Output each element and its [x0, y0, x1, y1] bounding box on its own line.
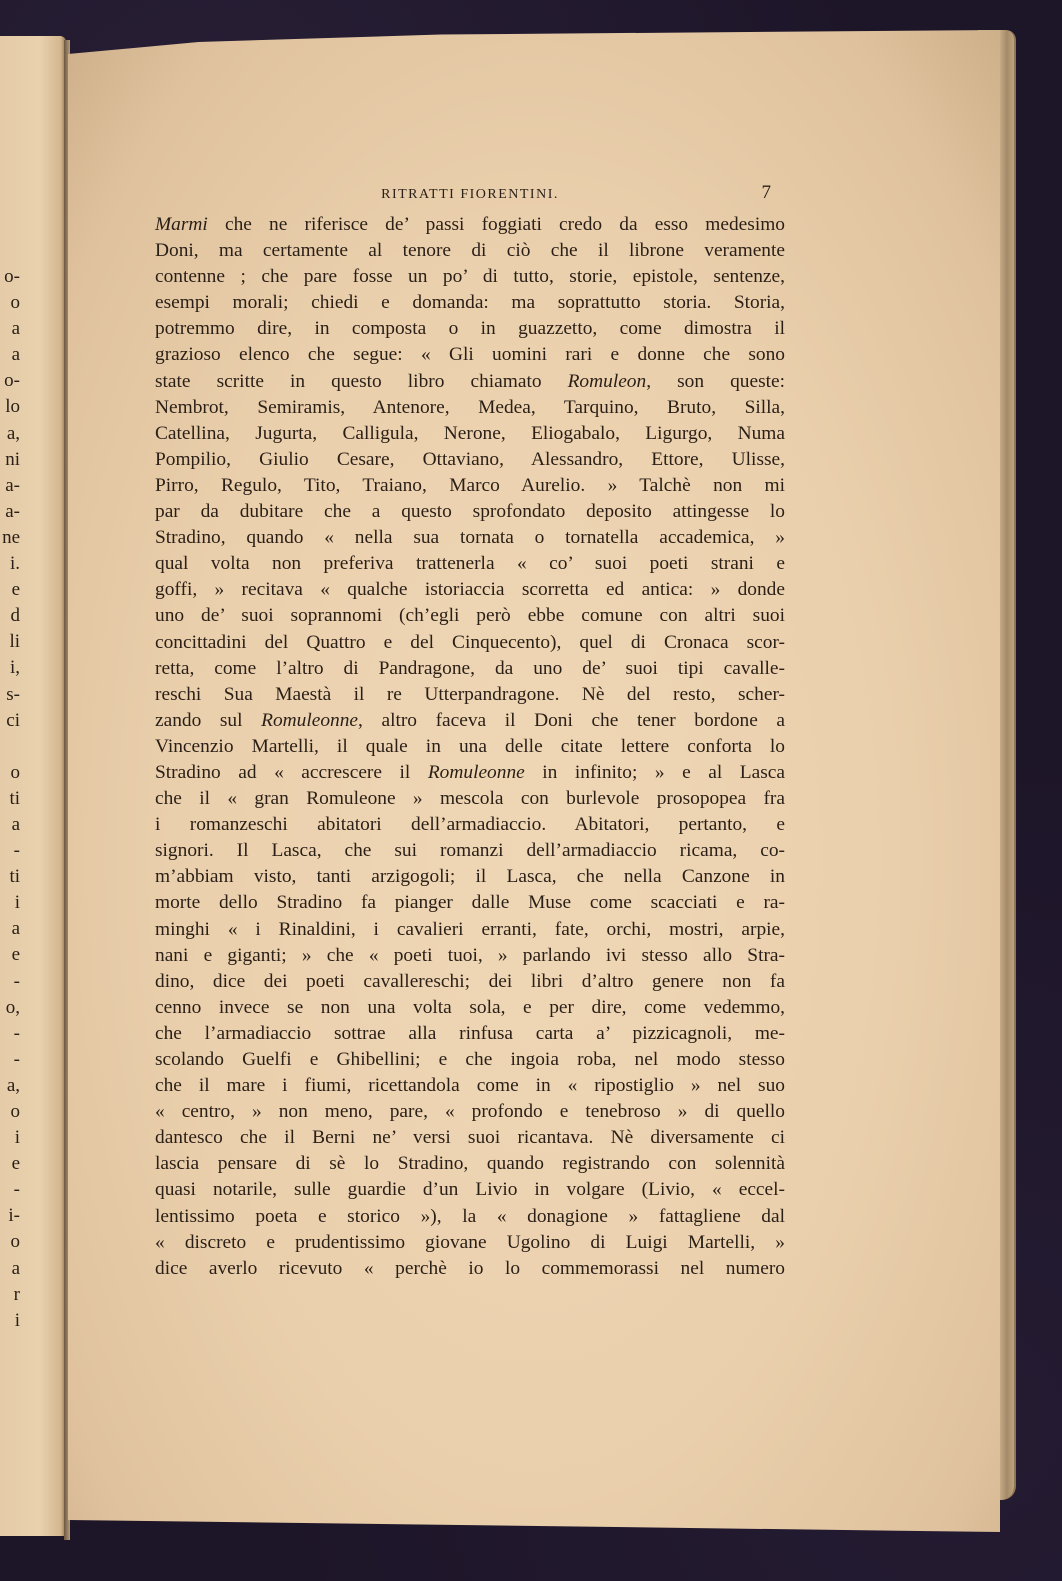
text-line: Nembrot, Semiramis, Antenore, Medea, Tar… [155, 395, 785, 421]
text-run: quasi notarile, sulle guardie d’un Livio… [155, 1179, 785, 1200]
text-run: morte dello Stradino fa pianger dalle Mu… [155, 892, 785, 913]
text-line: nani e giganti; » che « poeti tuoi, » pa… [155, 943, 785, 969]
text-run: contenne ; che pare fosse un po’ di tutt… [155, 266, 785, 287]
text-run: uno de’ suoi soprannomi (ch’egli però eb… [155, 605, 785, 626]
left-line-ending: o [0, 760, 20, 786]
text-run: Stradino ad « accrescere il [155, 762, 428, 783]
text-run: Doni, ma certamente al tenore di ciò che… [155, 240, 785, 261]
text-run: goffi, » recitava « qualche istoriaccia … [155, 579, 785, 600]
text-run: Nembrot, Semiramis, Antenore, Medea, Tar… [155, 397, 785, 418]
text-line: dantesco che il Berni ne’ versi suoi ric… [155, 1125, 785, 1151]
text-run: , son queste: [646, 371, 785, 392]
text-line: reschi Sua Maestà il re Utterpandragone.… [155, 682, 785, 708]
left-line-ending: i- [0, 1203, 20, 1229]
left-page-fragment: o-oaao-loa,nia-a-nei.edlii,s-ciotia-tiia… [0, 36, 66, 1536]
text-line: Catellina, Jugurta, Calligula, Nerone, E… [155, 421, 785, 447]
left-line-ending: a [0, 342, 20, 368]
left-line-ending: ne [0, 525, 20, 551]
text-run: minghi « i Rinaldini, i cavalieri errant… [155, 919, 785, 940]
left-line-ending: ti [0, 786, 20, 812]
left-line-ending: a [0, 916, 20, 942]
text-line: che il mare i fiumi, ricettandola come i… [155, 1073, 785, 1099]
text-line: m’abbiam visto, tanti arzigogoli; il Las… [155, 864, 785, 890]
text-line: zando sul Romuleonne, altro faceva il Do… [155, 708, 785, 734]
text-run: dantesco che il Berni ne’ versi suoi ric… [155, 1127, 785, 1148]
text-run: Catellina, Jugurta, Calligula, Nerone, E… [155, 423, 785, 444]
left-line-ending: d [0, 603, 20, 629]
text-run: grazioso elenco che segue: « Gli uomini … [155, 344, 785, 365]
left-line-ending: a- [0, 473, 20, 499]
text-line: esempi morali; chiedi e domanda: ma sopr… [155, 290, 785, 316]
text-run: qual volta non preferiva trattenerla « c… [155, 553, 785, 574]
text-run: i romanzeschi abitatori dell’armadiaccio… [155, 814, 785, 835]
left-line-ending: o [0, 1229, 20, 1255]
left-line-ending: li [0, 629, 20, 655]
text-line: « discreto e prudentissimo giovane Ugoli… [155, 1230, 785, 1256]
text-line: goffi, » recitava « qualche istoriaccia … [155, 577, 785, 603]
text-line: minghi « i Rinaldini, i cavalieri errant… [155, 917, 785, 943]
left-line-ending: i [0, 890, 20, 916]
text-run: che il mare i fiumi, ricettandola come i… [155, 1075, 785, 1096]
text-run: dice averlo ricevuto « perchè io lo comm… [155, 1258, 785, 1279]
text-line: che il « gran Romuleone » mescola con bu… [155, 786, 785, 812]
text-run: Stradino, quando « nella sua tornata o t… [155, 527, 785, 548]
left-line-ending: - [0, 969, 20, 995]
left-line-ending: a [0, 812, 20, 838]
italic-title: Romuleonne [428, 762, 525, 783]
text-line: retta, come l’altro di Pandragone, da un… [155, 656, 785, 682]
text-line: i romanzeschi abitatori dell’armadiaccio… [155, 812, 785, 838]
left-line-ending: o- [0, 368, 20, 394]
text-line: Doni, ma certamente al tenore di ciò che… [155, 238, 785, 264]
left-line-ending: - [0, 838, 20, 864]
text-line: Stradino ad « accrescere il Romuleonne i… [155, 760, 785, 786]
text-run: , altro faceva il Doni che tener bordone… [358, 710, 785, 731]
text-line: qual volta non preferiva trattenerla « c… [155, 551, 785, 577]
left-line-ending: o- [0, 264, 20, 290]
left-line-ending: - [0, 1047, 20, 1073]
text-run: « centro, » non meno, pare, « profondo e… [155, 1101, 785, 1122]
left-line-ending: e [0, 1151, 20, 1177]
left-line-ending: ni [0, 447, 20, 473]
text-run: lentissimo poeta e storico »), la « dona… [155, 1206, 785, 1227]
text-run: m’abbiam visto, tanti arzigogoli; il Las… [155, 866, 785, 887]
text-line: cenno invece se non una volta sola, e pe… [155, 995, 785, 1021]
text-run: esempi morali; chiedi e domanda: ma sopr… [155, 292, 785, 313]
text-line: Pirro, Regulo, Tito, Traiano, Marco Aure… [155, 473, 785, 499]
text-run: concittadini del Quattro e del Cinquecen… [155, 632, 785, 653]
text-line: contenne ; che pare fosse un po’ di tutt… [155, 264, 785, 290]
text-line: grazioso elenco che segue: « Gli uomini … [155, 342, 785, 368]
text-line: scolando Guelfi e Ghibellini; e che ingo… [155, 1047, 785, 1073]
text-run: che ne riferisce de’ passi foggiati cred… [208, 214, 785, 235]
left-line-ending: e [0, 942, 20, 968]
text-run: zando sul [155, 710, 261, 731]
left-line-ending [0, 734, 20, 760]
text-run: « discreto e prudentissimo giovane Ugoli… [155, 1232, 785, 1253]
text-line: Vincenzio Martelli, il quale in una dell… [155, 734, 785, 760]
left-line-ending: i [0, 1125, 20, 1151]
text-line: dice averlo ricevuto « perchè io lo comm… [155, 1256, 785, 1282]
text-line: potremmo dire, in composta o in guazzett… [155, 316, 785, 342]
text-run: nani e giganti; » che « poeti tuoi, » pa… [155, 945, 785, 966]
text-line: Stradino, quando « nella sua tornata o t… [155, 525, 785, 551]
text-run: lascia pensare di sè lo Stradino, quando… [155, 1153, 785, 1174]
left-line-ending: r [0, 1282, 20, 1308]
left-line-ending: a [0, 1256, 20, 1282]
text-line: che l’armadiaccio sottrae alla rinfusa c… [155, 1021, 785, 1047]
text-run: dino, dice dei poeti cavallereschi; dei … [155, 971, 785, 992]
text-run: potremmo dire, in composta o in guazzett… [155, 318, 785, 339]
text-line: morte dello Stradino fa pianger dalle Mu… [155, 890, 785, 916]
text-run: Vincenzio Martelli, il quale in una dell… [155, 736, 785, 757]
left-line-ending: s- [0, 682, 20, 708]
left-line-ending: ti [0, 864, 20, 890]
left-line-ending: ci [0, 708, 20, 734]
left-line-ending: i. [0, 551, 20, 577]
text-run: state scritte in questo libro chiamato [155, 371, 568, 392]
body-text: Marmi che ne riferisce de’ passi foggiat… [155, 212, 785, 1282]
left-page-line-endings: o-oaao-loa,nia-a-nei.edlii,s-ciotia-tiia… [0, 264, 20, 1334]
text-run: par da dubitare che a questo sprofondato… [155, 501, 785, 522]
left-line-ending: a [0, 316, 20, 342]
text-run: che l’armadiaccio sottrae alla rinfusa c… [155, 1023, 785, 1044]
left-line-ending: e [0, 577, 20, 603]
left-line-ending: o [0, 1099, 20, 1125]
text-run: Pompilio, Giulio Cesare, Ottaviano, Ales… [155, 449, 785, 470]
left-line-ending: lo [0, 394, 20, 420]
left-line-ending: a, [0, 1073, 20, 1099]
text-run: cenno invece se non una volta sola, e pe… [155, 997, 785, 1018]
text-line: Marmi che ne riferisce de’ passi foggiat… [155, 212, 785, 238]
text-run: signori. Il Lasca, che sui romanzi dell’… [155, 840, 785, 861]
text-line: state scritte in questo libro chiamato R… [155, 369, 785, 395]
left-line-ending: a- [0, 499, 20, 525]
text-run: scolando Guelfi e Ghibellini; e che ingo… [155, 1049, 785, 1070]
text-run: in infinito; » e al Lasca [525, 762, 785, 783]
page-number: 7 [762, 182, 772, 204]
text-line: uno de’ suoi soprannomi (ch’egli però eb… [155, 603, 785, 629]
text-line: « centro, » non meno, pare, « profondo e… [155, 1099, 785, 1125]
left-line-ending: o [0, 290, 20, 316]
italic-title: Marmi [155, 214, 208, 235]
text-line: Pompilio, Giulio Cesare, Ottaviano, Ales… [155, 447, 785, 473]
left-line-ending: - [0, 1021, 20, 1047]
text-line: par da dubitare che a questo sprofondato… [155, 499, 785, 525]
running-title: RITRATTI FIORENTINI. [155, 187, 785, 203]
text-run: che il « gran Romuleone » mescola con bu… [155, 788, 785, 809]
left-line-ending: a, [0, 421, 20, 447]
running-head: RITRATTI FIORENTINI. 7 [155, 182, 785, 206]
italic-title: Romuleonne [261, 710, 358, 731]
text-line: signori. Il Lasca, che sui romanzi dell’… [155, 838, 785, 864]
italic-title: Romuleon [568, 371, 647, 392]
left-line-ending: i [0, 1308, 20, 1334]
text-run: retta, come l’altro di Pandragone, da un… [155, 658, 785, 679]
text-line: lentissimo poeta e storico »), la « dona… [155, 1204, 785, 1230]
text-run: reschi Sua Maestà il re Utterpandragone.… [155, 684, 785, 705]
left-line-ending: - [0, 1177, 20, 1203]
left-line-ending: o, [0, 995, 20, 1021]
text-line: dino, dice dei poeti cavallereschi; dei … [155, 969, 785, 995]
text-line: lascia pensare di sè lo Stradino, quando… [155, 1151, 785, 1177]
text-run: Pirro, Regulo, Tito, Traiano, Marco Aure… [155, 475, 785, 496]
text-line: quasi notarile, sulle guardie d’un Livio… [155, 1177, 785, 1203]
left-line-ending: i, [0, 655, 20, 681]
text-line: concittadini del Quattro e del Cinquecen… [155, 630, 785, 656]
